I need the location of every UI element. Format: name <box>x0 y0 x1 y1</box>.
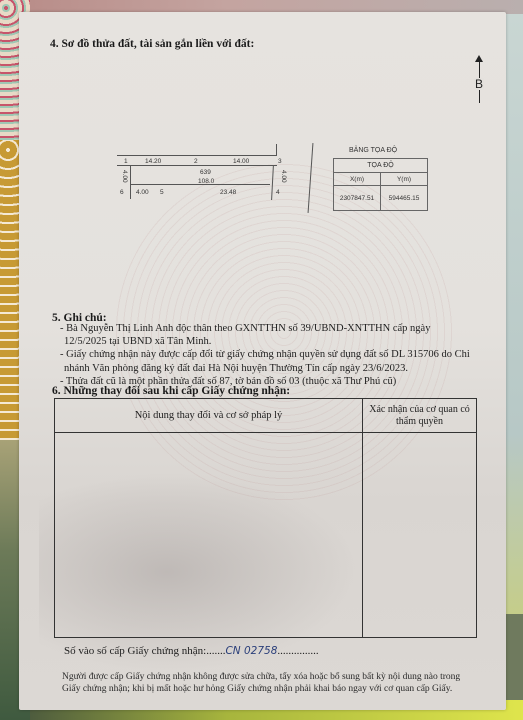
north-label: B <box>474 78 484 90</box>
edge-length: 4.00 <box>136 189 149 196</box>
changes-table: Nội dung thay đổi và cơ sở pháp lý Xác n… <box>54 398 477 638</box>
table-row: 2307847.51 594465.15 <box>334 186 428 211</box>
background-surface <box>505 14 523 614</box>
point-label: 1 <box>124 158 128 165</box>
column-header-y: Y(m) <box>381 173 428 186</box>
footer-warning: Người được cấp Giấy chứng nhận không đượ… <box>62 671 460 696</box>
edge-length: 14.20 <box>145 158 161 165</box>
notes-list: - Bà Nguyễn Thị Linh Anh độc thân theo G… <box>60 322 470 388</box>
parcel-left-edge <box>130 165 131 199</box>
footer-line: Người được cấp Giấy chứng nhận không đượ… <box>62 671 460 683</box>
coordinate-table: TỌA ĐỘ X(m) Y(m) 2307847.51 594465.15 <box>333 158 428 211</box>
boundary-line <box>276 144 277 156</box>
coord-x: 2307847.51 <box>334 186 381 211</box>
column-divider <box>362 399 363 637</box>
point-label: 6 <box>120 189 124 196</box>
parcel-top-edge <box>117 165 277 166</box>
arrow-up-icon <box>475 55 483 62</box>
dots: ....... <box>206 645 225 657</box>
registry-number: CN 02758 <box>225 645 277 657</box>
section6-title: 6. Những thay đổi sau khi cấp Giấy chứng… <box>52 385 290 397</box>
edge-length: 14.00 <box>233 158 249 165</box>
point-label: 2 <box>194 158 198 165</box>
registry-label: Số vào số cấp Giấy chứng nhận: <box>64 645 206 657</box>
coordinate-table-header: TỌA ĐỘ <box>334 159 428 173</box>
note-line: nhánh Văn phòng đăng ký đất đai Hà Nội h… <box>60 362 470 375</box>
coordinate-table-title: BẢNG TỌA ĐỘ <box>349 147 397 154</box>
point-label: 3 <box>278 158 282 165</box>
point-label: 4 <box>276 189 280 196</box>
edge-length: 4.00 <box>280 170 287 183</box>
note-line: - Bà Nguyễn Thị Linh Anh độc thân theo G… <box>60 322 470 335</box>
section4-title: 4. Sơ đồ thửa đất, tài sản gắn liền với … <box>50 38 254 50</box>
parcel-area: 108.0 <box>198 178 214 185</box>
edge-length: 4.00 <box>121 170 128 183</box>
edge-length: 23.48 <box>220 189 236 196</box>
dots: ............... <box>277 645 318 657</box>
point-label: 5 <box>160 189 164 196</box>
column-header-x: X(m) <box>334 173 381 186</box>
footer-line: Giấy chứng nhận; khi bị mất hoặc hư hỏng… <box>62 683 460 695</box>
north-arrow: B <box>474 55 486 105</box>
parcel-number: 639 <box>200 169 211 176</box>
coord-y: 594465.15 <box>381 186 428 211</box>
boundary-line <box>117 155 277 156</box>
column-header-confirmation: Xác nhận của cơ quan có thẩm quyền <box>363 399 476 432</box>
registry-number-line: Số vào số cấp Giấy chứng nhận:.......CN … <box>64 645 319 657</box>
note-line: - Giấy chứng nhận này được cấp đổi từ gi… <box>60 348 470 361</box>
column-header-content: Nội dung thay đổi và cơ sở pháp lý <box>55 399 362 432</box>
note-line: 12/5/2025 tại UBND xã Tân Minh. <box>60 335 470 348</box>
